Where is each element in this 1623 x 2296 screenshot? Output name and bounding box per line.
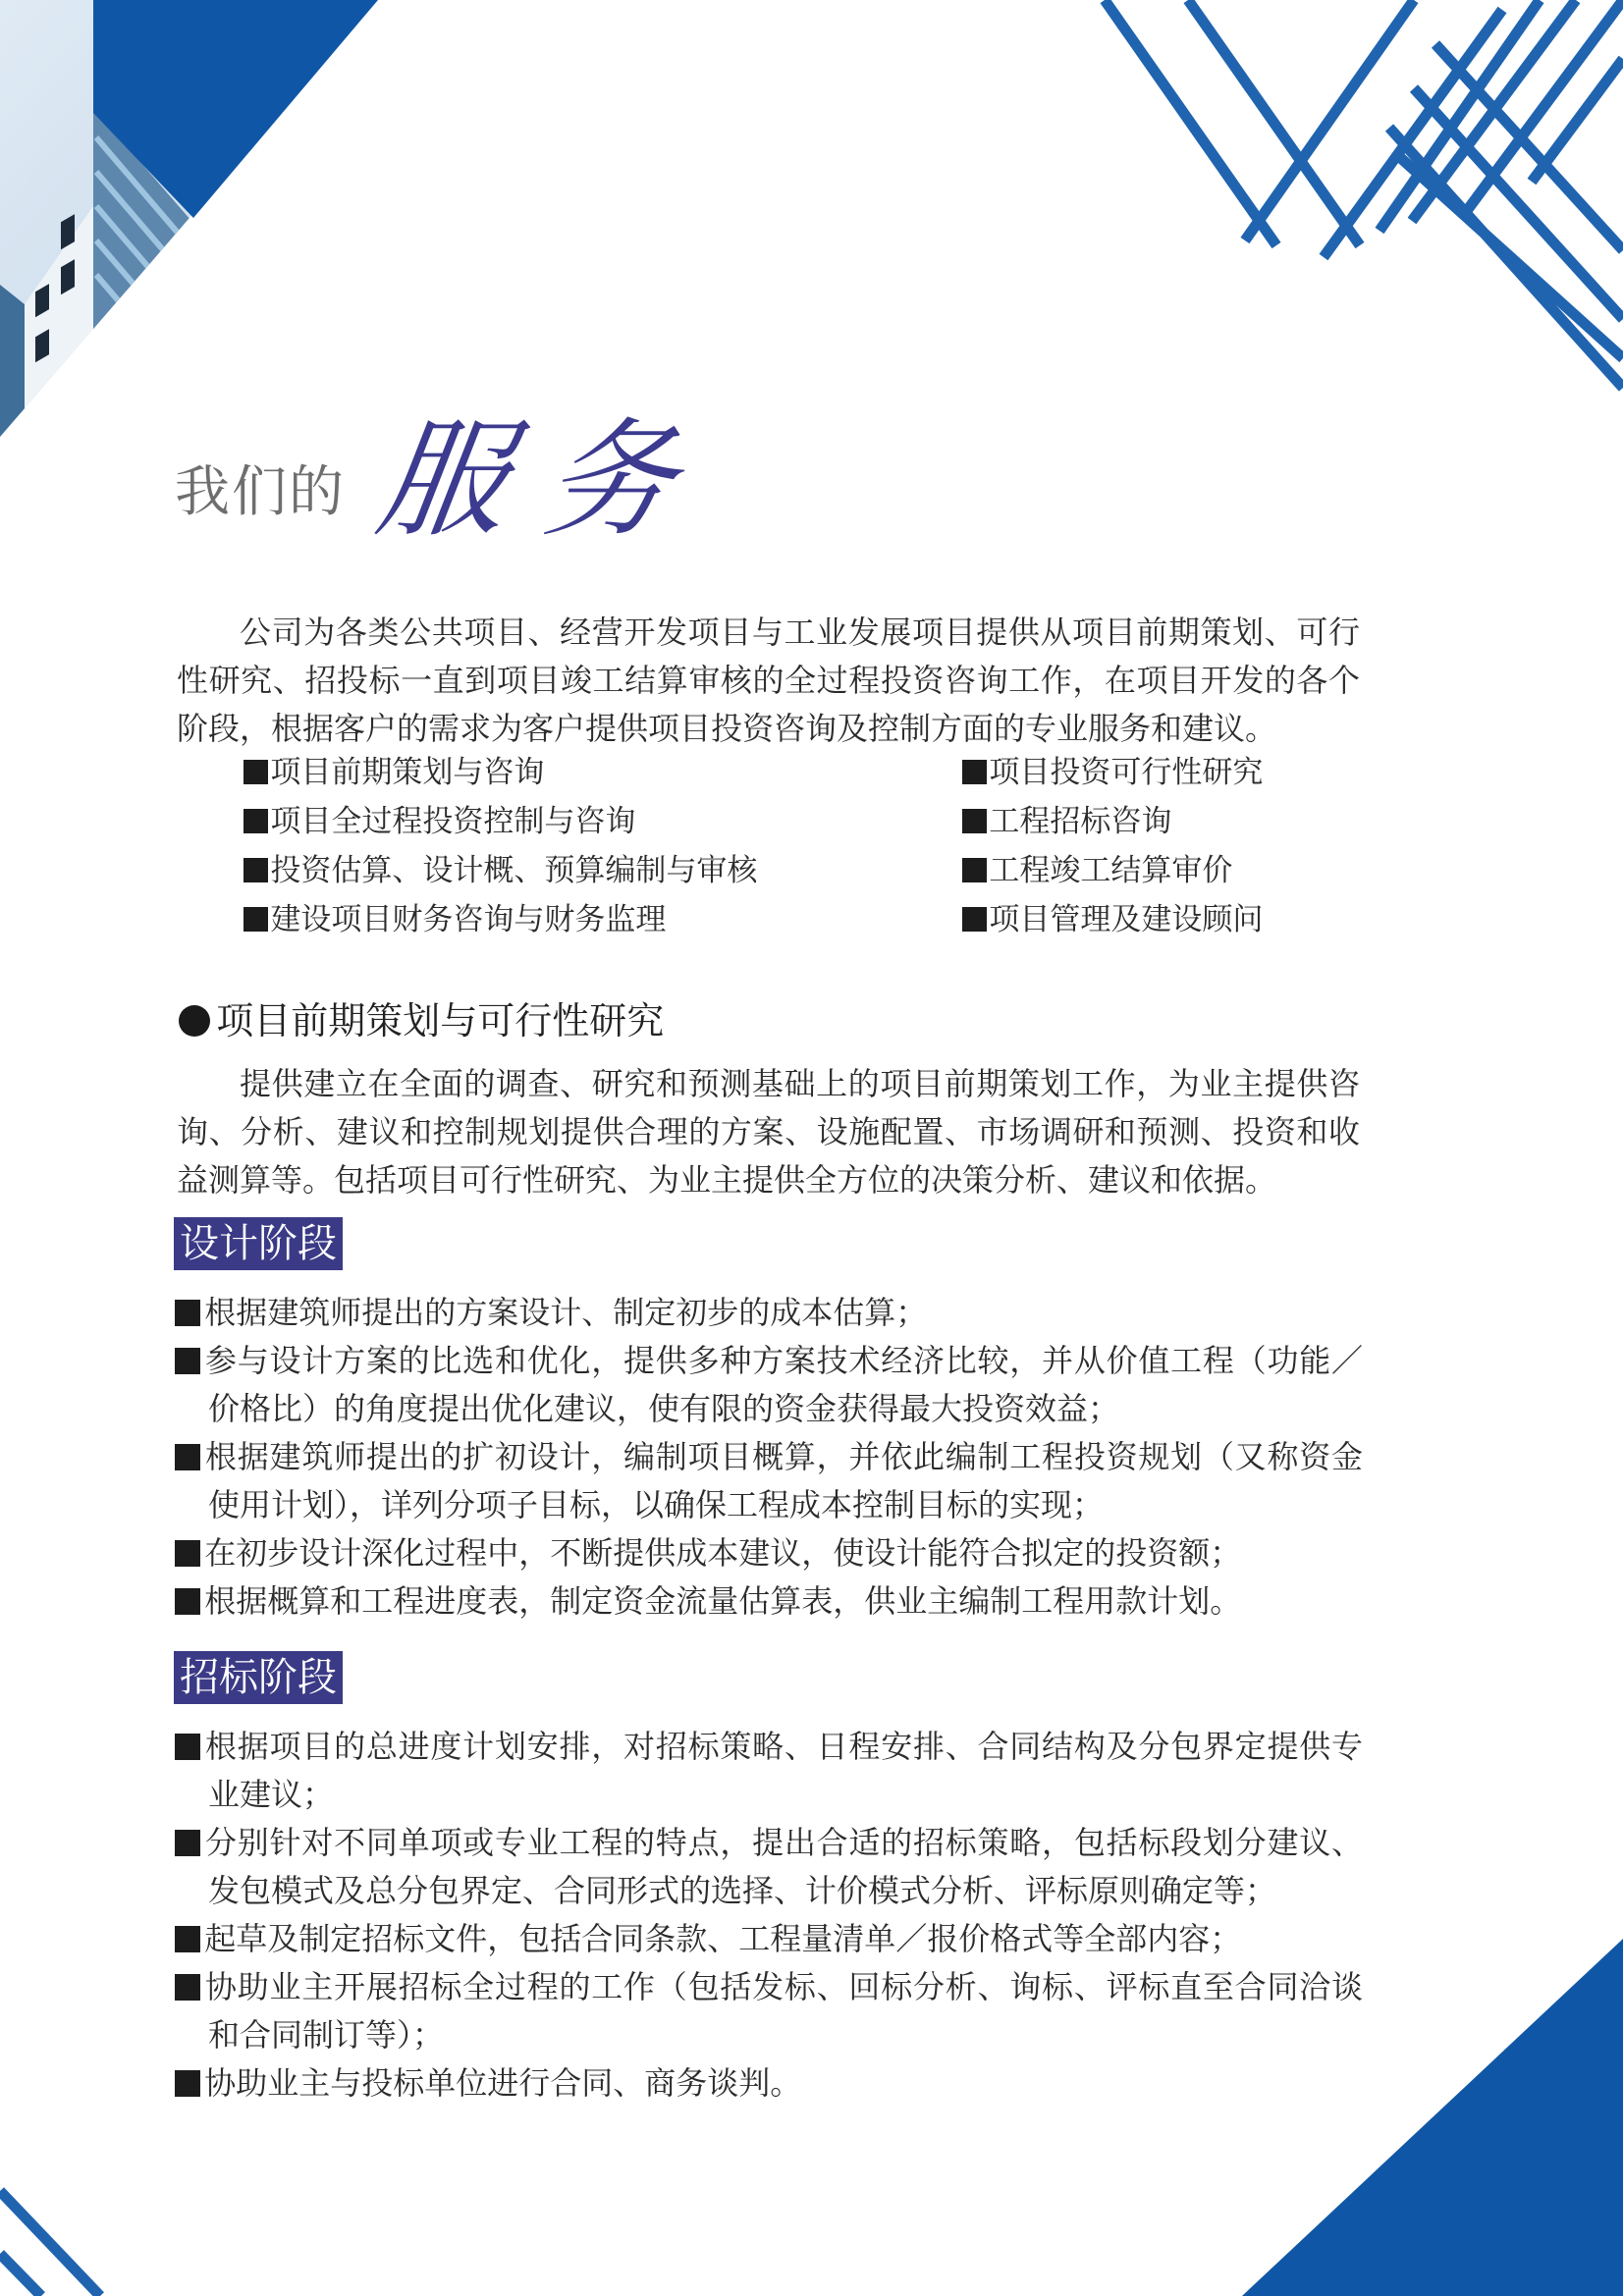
black-square-icon	[175, 1348, 200, 1373]
list-item-text: 根据建筑师提出的扩初设计，编制项目概算，并依此编制工程投资规划（又称资金使用计划…	[204, 1438, 1363, 1523]
list-item: 在初步设计深化过程中，不断提供成本建议，使设计能符合拟定的投资额；	[175, 1529, 1363, 1577]
list-item: 根据建筑师提出的扩初设计，编制项目概算，并依此编制工程投资规划（又称资金使用计划…	[175, 1433, 1363, 1529]
black-square-icon	[175, 1926, 200, 1951]
service-label: 建设项目财务咨询与财务监理	[270, 902, 666, 937]
list-item-text: 协助业主与投标单位进行合同、商务谈判。	[204, 2064, 801, 2102]
list-item: 参与设计方案的比选和优化，提供多种方案技术经济比较，并从价值工程（功能／价格比）…	[175, 1337, 1363, 1433]
black-square-icon	[243, 907, 268, 932]
list-item: 根据项目的总进度计划安排，对招标策略、日程安排、合同结构及分包界定提供专业建议；	[175, 1723, 1363, 1819]
service-item: 投资估算、设计概、预算编制与审核	[243, 849, 962, 892]
black-square-icon	[175, 1974, 200, 2000]
black-square-icon	[962, 809, 987, 833]
black-square-icon	[175, 1588, 200, 1614]
list-item-text: 参与设计方案的比选和优化，提供多种方案技术经济比较，并从价值工程（功能／价格比）…	[204, 1342, 1363, 1427]
list-item: 根据概算和工程进度表，制定资金流量估算表，供业主编制工程用款计划。	[175, 1577, 1363, 1626]
list-item: 根据建筑师提出的方案设计、制定初步的成本估算；	[175, 1289, 1363, 1337]
list-item: 起草及制定招标文件，包括合同条款、工程量清单／报价格式等全部内容；	[175, 1915, 1363, 1963]
list-item: 分别针对不同单项或专业工程的特点，提出合适的招标策略，包括标段划分建议、发包模式…	[175, 1819, 1363, 1915]
service-label: 项目管理及建设顾问	[989, 902, 1263, 937]
black-square-icon	[175, 1830, 200, 1855]
list-item: 协助业主与投标单位进行合同、商务谈判。	[175, 2059, 1363, 2108]
phase-tag-design: 设计阶段	[174, 1217, 343, 1270]
service-label: 项目投资可行性研究	[989, 755, 1263, 790]
service-item: 项目前期策划与咨询	[243, 751, 962, 794]
service-item: 项目管理及建设顾问	[962, 898, 1363, 941]
list-item-text: 根据概算和工程进度表，制定资金流量估算表，供业主编制工程用款计划。	[204, 1582, 1241, 1620]
services-list: 项目前期策划与咨询 项目投资可行性研究 项目全过程投资控制与咨询 工程招标咨询 …	[243, 751, 1363, 941]
service-label: 工程竣工结算审价	[989, 853, 1232, 888]
black-square-icon	[175, 1540, 200, 1566]
service-label: 项目全过程投资控制与咨询	[270, 804, 635, 839]
design-phase-list: 根据建筑师提出的方案设计、制定初步的成本估算； 参与设计方案的比选和优化，提供多…	[175, 1289, 1363, 1626]
list-item-text: 分别针对不同单项或专业工程的特点，提出合适的招标策略，包括标段划分建议、发包模式…	[204, 1824, 1363, 1909]
black-circle-icon	[179, 1005, 210, 1037]
service-item: 项目投资可行性研究	[962, 751, 1363, 794]
black-square-icon	[962, 760, 987, 784]
black-square-icon	[175, 1734, 200, 1759]
list-item-text: 协助业主开展招标全过程的工作（包括发标、回标分析、询标、评标直至合同洽谈和合同制…	[204, 1968, 1363, 2054]
intro-paragraph: 公司为各类公共项目、经营开发项目与工业发展项目提供从项目前期策划、可行性研究、招…	[177, 609, 1360, 753]
service-label: 项目前期策划与咨询	[270, 755, 544, 790]
black-square-icon	[175, 2070, 200, 2096]
list-item-text: 在初步设计深化过程中，不断提供成本建议，使设计能符合拟定的投资额；	[204, 1534, 1241, 1572]
section-title-text: 项目前期策划与可行性研究	[216, 999, 664, 1042]
black-square-icon	[243, 809, 268, 833]
list-item-text: 根据建筑师提出的方案设计、制定初步的成本估算；	[204, 1294, 927, 1331]
service-item: 建设项目财务咨询与财务监理	[243, 898, 962, 941]
service-item: 工程竣工结算审价	[962, 849, 1363, 892]
title-prefix: 我们的	[175, 449, 346, 527]
line-pattern-bottom-left	[0, 2191, 100, 2296]
black-square-icon	[243, 760, 268, 784]
black-square-icon	[962, 907, 987, 932]
service-label: 工程招标咨询	[989, 804, 1171, 839]
list-item-text: 起草及制定招标文件，包括合同条款、工程量清单／报价格式等全部内容；	[204, 1920, 1241, 1957]
black-square-icon	[962, 858, 987, 882]
black-square-icon	[175, 1300, 200, 1325]
section-paragraph: 提供建立在全面的调查、研究和预测基础上的项目前期策划工作，为业主提供咨询、分析、…	[177, 1060, 1360, 1204]
title-main: 服务	[368, 378, 728, 561]
line-pattern-top-right	[1105, 0, 1623, 388]
service-label: 投资估算、设计概、预算编制与审核	[270, 853, 757, 888]
section-heading: 项目前期策划与可行性研究	[179, 996, 664, 1045]
phase-tag-bidding: 招标阶段	[174, 1651, 343, 1704]
service-item: 工程招标咨询	[962, 800, 1363, 843]
black-square-icon	[243, 858, 268, 882]
bidding-phase-list: 根据项目的总进度计划安排，对招标策略、日程安排、合同结构及分包界定提供专业建议；…	[175, 1723, 1363, 2108]
black-square-icon	[175, 1444, 200, 1469]
list-item-text: 根据项目的总进度计划安排，对招标策略、日程安排、合同结构及分包界定提供专业建议；	[204, 1728, 1363, 1813]
list-item: 协助业主开展招标全过程的工作（包括发标、回标分析、询标、评标直至合同洽谈和合同制…	[175, 1963, 1363, 2059]
service-item: 项目全过程投资控制与咨询	[243, 800, 962, 843]
